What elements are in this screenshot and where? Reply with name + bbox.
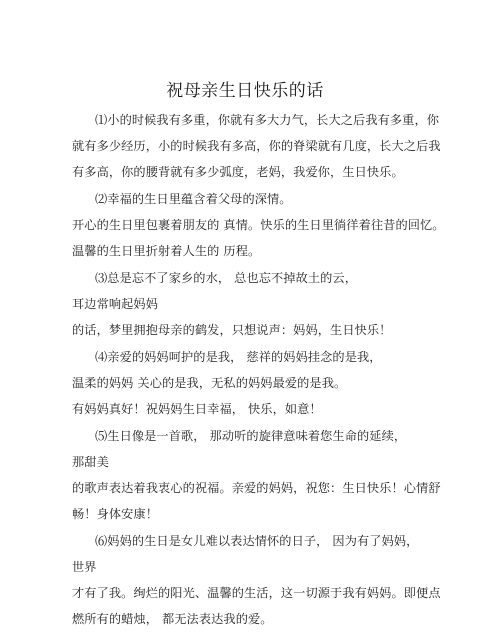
document-page: 祝母亲生日快乐的话 ⑴小的时候我有多重，你就有多大力气，长大之后我有多重，你 就… (0, 0, 500, 637)
paragraph-6-line-1: ⑹妈妈的生日是女儿难以表达情怀的日子， 因为有了妈妈， (95, 533, 455, 549)
paragraph-4-line-2: 温柔的妈妈 关心的是我，无私的妈妈最爱的是我。 (72, 375, 432, 391)
paragraph-6-line-4: 燃所有的蜡烛， 都无法表达我的爱。 (72, 611, 432, 627)
paragraph-4-line-1: ⑷亲爱的妈妈呵护的是我， 慈祥的妈妈挂念的是我， (95, 349, 455, 365)
paragraph-1-line-2: 就有多少经历，小的时候我有多高，你的脊梁就有几度，长大之后我 (72, 138, 432, 154)
paragraph-5-line-3: 的歌声表达着我衷心的祝福。亲爱的妈妈，祝您：生日快乐！心情舒 (72, 480, 432, 496)
document-title: 祝母亲生日快乐的话 (0, 76, 490, 101)
paragraph-6-line-3: 才有了我。绚烂的阳光、温馨的生活，这一切源于我有妈妈。即便点 (72, 585, 432, 601)
paragraph-5-line-2: 那甜美 (72, 454, 432, 470)
paragraph-2-line-1: ⑵幸福的生日里蕴含着父母的深情。 (95, 191, 455, 207)
paragraph-3-line-2: 耳边常响起妈妈 (72, 296, 432, 312)
paragraph-3-line-1: ⑶总是忘不了家乡的水， 总也忘不掉故土的云， (95, 270, 455, 286)
paragraph-6-line-2: 世界 (72, 559, 432, 575)
paragraph-5-line-4: 畅！身体安康！ (72, 506, 432, 522)
paragraph-5-line-1: ⑸生日像是一首歌， 那动听的旋律意味着您生命的延续， (95, 428, 455, 444)
paragraph-2-line-3: 温馨的生日里折射着人生的 历程。 (72, 243, 432, 259)
paragraph-1-line-1: ⑴小的时候我有多重，你就有多大力气，长大之后我有多重，你 (95, 112, 455, 128)
paragraph-3-line-3: 的话，梦里拥抱母亲的鹤发，只想说声：妈妈，生日快乐！ (72, 322, 432, 338)
paragraph-4-line-3: 有妈妈真好！祝妈妈生日幸福， 快乐，如意！ (72, 401, 432, 417)
paragraph-2-line-2: 开心的生日里包裹着朋友的 真情。快乐的生日里徜徉着往昔的回忆。 (72, 217, 432, 233)
paragraph-1-line-3: 有多高，你的腰背就有多少弧度，老妈，我爱你，生日快乐。 (72, 164, 432, 180)
